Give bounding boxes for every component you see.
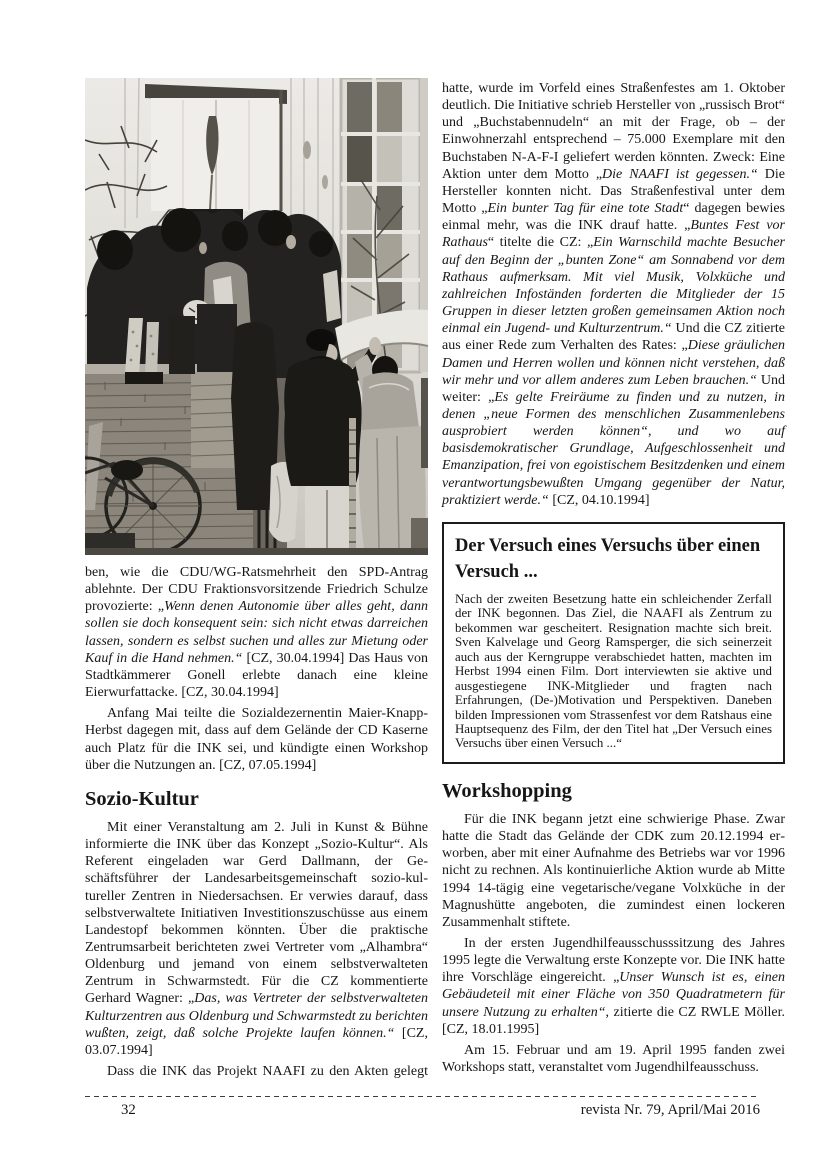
paragraph: Am 15. Februar und am 19. April 1995 fan… [442, 1042, 785, 1076]
quote-italic-run: Es gelte Freiräume zu finden und zu nutz… [442, 390, 785, 508]
text-run: “ titelte die CZ: „ [488, 235, 593, 250]
quote-italic-run: Die NAAFI ist gegessen.“ [602, 167, 758, 182]
right-column-text: hatte, wurde im Vorfeld eines Straßenfes… [442, 80, 785, 1076]
left-column-text: ben, wie die CDU/WG-Ratsmehrheit den SPD… [85, 564, 428, 1080]
right-column: hatte, wurde im Vorfeld eines Straßenfes… [442, 78, 785, 1080]
sozio-kultur-heading: Sozio-Kultur [85, 787, 428, 811]
left-column: ben, wie die CDU/WG-Ratsmehrheit den SPD… [85, 78, 428, 1080]
text-run: Für die INK begann jetzt eine schwierige… [442, 812, 785, 930]
quote-italic-run: Ein bunter Tag für eine tote Stadt [487, 201, 683, 216]
paragraph-continues-next-page: Dass die INK das Projekt NAAFI zu den Ak… [85, 1063, 428, 1080]
continued-paragraph: ben, wie die CDU/WG-Ratsmehrheit den SPD… [85, 564, 428, 701]
text-run: [CZ, 04.10.1994] [549, 493, 650, 508]
paragraph: Für die INK begann jetzt eine schwierige… [442, 811, 785, 931]
text-run: Am 15. Februar und am 19. April 1995 fan… [442, 1043, 785, 1075]
issue-label: revista Nr. 79, April/Mai 2016 [581, 1102, 760, 1119]
magazine-page: ben, wie die CDU/WG-Ratsmehrheit den SPD… [0, 0, 826, 1169]
paragraph: Mit einer Veranstaltung am 2. Juli in Ku… [85, 819, 428, 1059]
paragraph: In der ersten Jugendhilfeausschusssitzun… [442, 935, 785, 1038]
text-run: Dass die INK das Projekt NAAFI zu den Ak… [107, 1064, 428, 1079]
box-paragraph: Nach der zweiten Besetzung hatte ein sch… [455, 592, 772, 751]
text-run: Anfang Mai teilte die Sozialdezernentin … [85, 706, 428, 772]
page-content: ben, wie die CDU/WG-Ratsmehrheit den SPD… [85, 78, 785, 1080]
workshopping-heading: Workshopping [442, 779, 785, 803]
page-footer: 32 revista Nr. 79, April/Mai 2016 [85, 1096, 760, 1119]
crowd-photo [85, 78, 428, 555]
box-title: Der Versuch eines Versuchs über einen Ve… [455, 533, 772, 585]
continued-paragraph: hatte, wurde im Vorfeld eines Straßenfes… [442, 80, 785, 509]
text-run: Mit einer Veranstaltung am 2. Juli in Ku… [85, 820, 428, 1007]
text-run: Nach der zweiten Besetzung hatte ein sch… [455, 592, 772, 751]
film-inset-box: Der Versuch eines Versuchs über einen Ve… [442, 522, 785, 764]
paragraph: Anfang Mai teilte die Sozialdezernentin … [85, 705, 428, 774]
footer-row: 32 revista Nr. 79, April/Mai 2016 [85, 1097, 760, 1119]
page-number: 32 [121, 1102, 136, 1119]
crowd-before-building-photo [85, 78, 428, 555]
